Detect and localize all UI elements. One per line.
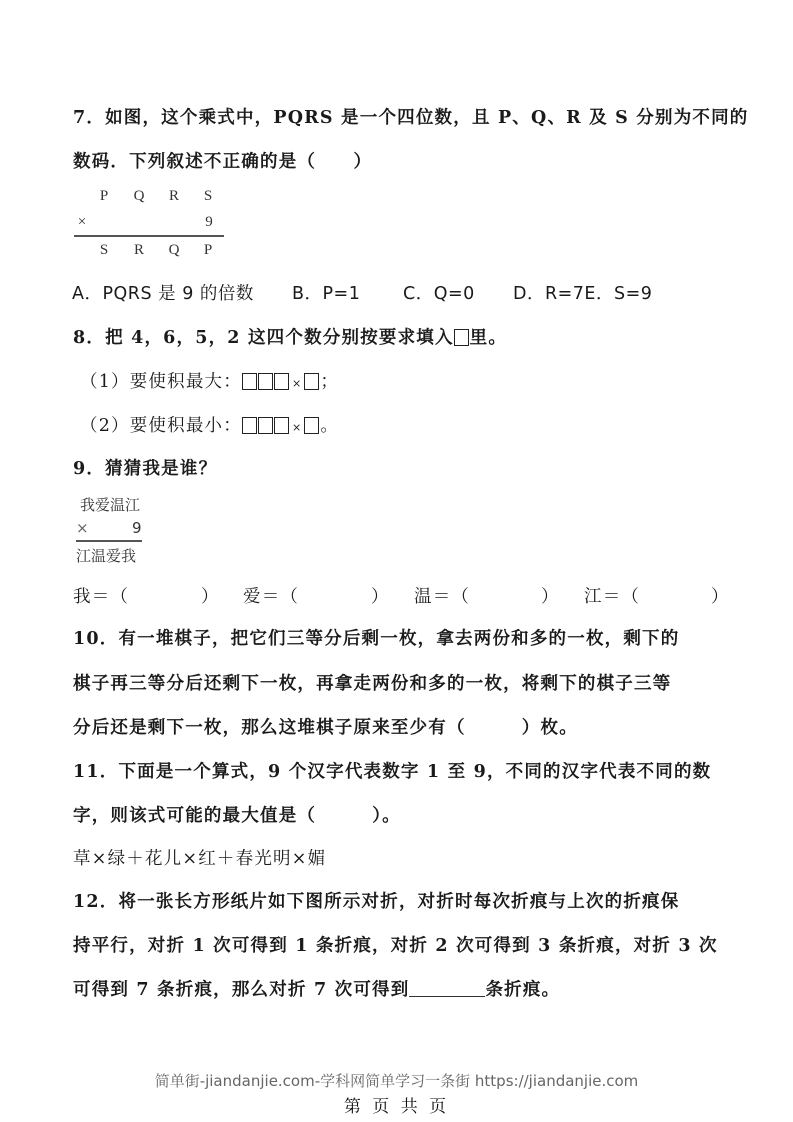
q7-bottom-digit-s: S	[94, 242, 114, 259]
q7-figure-rule	[74, 235, 224, 237]
q7-multiplier: 9	[199, 214, 219, 231]
q7-times-sign: ×	[72, 214, 92, 231]
q12-stem-line3: 可得到 7 条折痕，那么对折 7 次可得到条折痕。	[73, 978, 560, 1002]
q9-answer-ai-label: 爱＝（	[243, 585, 299, 609]
q7-bottom-digit-r: R	[129, 242, 149, 259]
q9-top-row: 我爱温江	[80, 494, 140, 515]
q11-expression: 草×绿＋花儿×红＋春光明×媚	[73, 847, 326, 871]
q7-stem-line2: 数码．下列叙述不正确的是（ ）	[73, 150, 372, 174]
q8-part2-box-1[interactable]	[242, 417, 257, 434]
q8-part1-label: （1）要使积最大：	[80, 372, 242, 392]
q9-answer-ai-close: ）	[371, 585, 390, 609]
q9-answer-wen-label: 温＝（	[414, 585, 470, 609]
q9-answer-wo-label: 我＝（	[73, 585, 129, 609]
q7-stem-line1: 7．如图，这个乘式中，PQRS 是一个四位数，且 P、Q、R 及 S 分别为不同…	[73, 106, 749, 130]
q7-option-c[interactable]: C．Q=0	[403, 282, 475, 306]
q9-answer-jiang-label: 江＝（	[584, 585, 640, 609]
times-sign: ×	[292, 377, 302, 390]
q7-top-digit-p: P	[94, 188, 114, 205]
q11-stem-line1: 11．下面是一个算式，9 个汉字代表数字 1 至 9，不同的汉字代表不同的数	[73, 760, 711, 784]
q9-bottom-row: 江温爱我	[76, 545, 136, 566]
q7-multiplication-figure: P Q R S × 9 S R Q P	[72, 186, 224, 264]
q8-part1-box-1[interactable]	[242, 373, 257, 390]
q7-top-digit-q: Q	[129, 188, 149, 205]
q8-part2-box-3[interactable]	[274, 417, 289, 434]
q9-figure-rule	[76, 540, 142, 542]
q12-answer-blank[interactable]	[409, 978, 485, 997]
q7-option-d[interactable]: D．R=7E．S=9	[513, 282, 652, 306]
q8-part2-end: 。	[320, 416, 339, 436]
q9-answer-wen-close: ）	[541, 585, 560, 609]
q12-stem-line2: 持平行，对折 1 次可得到 1 条折痕，对折 2 次可得到 3 条折痕，对折 3…	[73, 934, 718, 958]
q10-stem-line1: 10．有一堆棋子，把它们三等分后剩一枚，拿去两份和多的一枚，剩下的	[73, 627, 679, 651]
q9-stem: 9．猜猜我是谁？	[73, 457, 217, 481]
q8-stem: 8．把 4，6，5，2 这四个数分别按要求填入里。	[73, 326, 507, 350]
q7-bottom-digit-p: P	[198, 242, 218, 259]
q7-option-a[interactable]: A．PQRS 是 9 的倍数	[72, 282, 254, 306]
q12-line3-start: 可得到 7 条折痕，那么对折 7 次可得到	[73, 980, 409, 1000]
q8-part2: （2）要使积最小：×。	[80, 414, 339, 440]
q8-part1-end: ；	[320, 372, 339, 392]
q11-stem-line2: 字，则该式可能的最大值是（ ）。	[73, 804, 401, 828]
q9-multiplication-figure: 我爱温江 × 9 江温爱我	[76, 492, 166, 570]
q8-part2-box-4[interactable]	[304, 417, 319, 434]
q8-stem-text: 8．把 4，6，5，2 这四个数分别按要求填入	[73, 328, 454, 348]
q8-part1-box-4[interactable]	[304, 373, 319, 390]
q12-stem-line1: 12．将一张长方形纸片如下图所示对折，对折时每次折痕与上次的折痕保	[73, 890, 679, 914]
q10-stem-line2: 棋子再三等分后还剩下一枚，再拿走两份和多的一枚，将剩下的棋子三等	[73, 672, 671, 696]
q7-top-digit-s: S	[198, 188, 218, 205]
q7-option-b[interactable]: B．P=1	[292, 282, 360, 306]
q8-part1: （1）要使积最大：×；	[80, 370, 339, 396]
q10-stem-line3: 分后还是剩下一枚，那么这堆棋子原来至少有（ ）枚。	[73, 716, 578, 740]
answer-box	[454, 329, 469, 346]
q9-times-sign: ×	[76, 519, 89, 537]
q8-part1-box-3[interactable]	[274, 373, 289, 390]
q9-answer-jiang-close: ）	[711, 585, 730, 609]
q12-line3-end: 条折痕。	[485, 980, 560, 1000]
footer-watermark: 简单街-jiandanjie.com-学科网简单学习一条街 https://ji…	[0, 1070, 793, 1091]
q8-part1-box-2[interactable]	[258, 373, 273, 390]
q8-part2-box-2[interactable]	[258, 417, 273, 434]
q9-multiplier: 9	[132, 519, 142, 537]
times-sign: ×	[292, 421, 302, 434]
q7-bottom-digit-q: Q	[164, 242, 184, 259]
footer-page-info: 第 页 共 页	[0, 1092, 793, 1117]
q7-top-digit-r: R	[164, 188, 184, 205]
q8-stem-end: 里。	[470, 328, 507, 348]
q9-answer-wo-close: ）	[201, 585, 220, 609]
q8-part2-label: （2）要使积最小：	[80, 416, 242, 436]
